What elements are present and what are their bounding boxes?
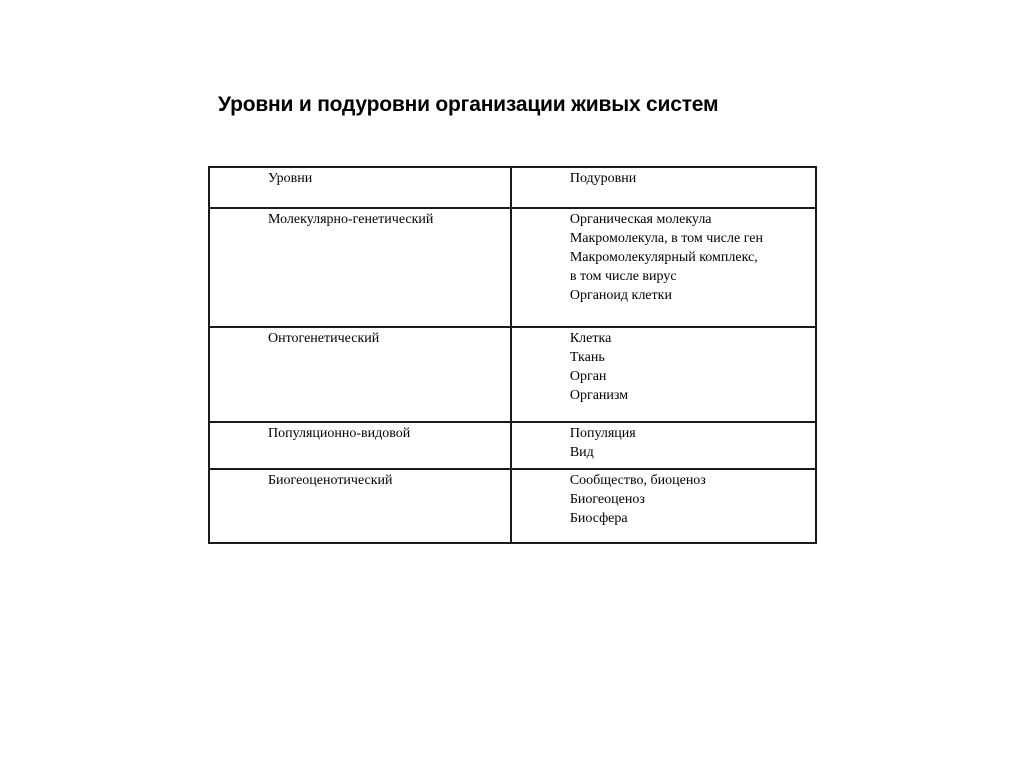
sublevel-item: Биогеоценоз — [570, 490, 815, 509]
levels-table: Уровни Подуровни Молекулярно-генетически… — [208, 166, 817, 544]
sublevels-cell: Популяция Вид — [511, 422, 816, 469]
level-name: Онтогенетический — [210, 328, 510, 348]
level-name: Популяционно-видовой — [210, 423, 510, 443]
level-name: Молекулярно-генетический — [210, 209, 510, 229]
page-title: Уровни и подуровни организации живых сис… — [218, 93, 718, 117]
sublevel-item: Клетка — [570, 329, 815, 348]
level-cell: Молекулярно-генетический — [209, 208, 511, 327]
header-label: Подуровни — [512, 168, 815, 188]
header-cell-sublevels: Подуровни — [511, 167, 816, 208]
level-cell: Биогеоценотический — [209, 469, 511, 543]
table-header-row: Уровни Подуровни — [209, 167, 816, 208]
sublevels-cell: Органическая молекула Макромолекула, в т… — [511, 208, 816, 327]
sublevel-item: Орган — [570, 367, 815, 386]
table-row: Молекулярно-генетический Органическая мо… — [209, 208, 816, 327]
sublevel-item: в том числе вирус — [570, 267, 815, 286]
sublevel-item: Вид — [570, 443, 815, 462]
level-cell: Популяционно-видовой — [209, 422, 511, 469]
sublevel-item: Сообщество, биоценоз — [570, 471, 815, 490]
header-label: Уровни — [210, 168, 510, 188]
sublevel-item: Организм — [570, 386, 815, 405]
sublevel-item: Макромолекула, в том числе ген — [570, 229, 815, 248]
sublevel-item: Ткань — [570, 348, 815, 367]
level-cell: Онтогенетический — [209, 327, 511, 422]
sublevel-item: Популяция — [570, 424, 815, 443]
sublevel-item: Макромолекулярный комплекс, — [570, 248, 815, 267]
table-row: Онтогенетический Клетка Ткань Орган Орга… — [209, 327, 816, 422]
sublevel-item: Органоид клетки — [570, 286, 815, 305]
table-row: Популяционно-видовой Популяция Вид — [209, 422, 816, 469]
sublevel-item: Биосфера — [570, 509, 815, 528]
header-cell-levels: Уровни — [209, 167, 511, 208]
level-name: Биогеоценотический — [210, 470, 510, 490]
sublevel-item: Органическая молекула — [570, 210, 815, 229]
sublevels-cell: Клетка Ткань Орган Организм — [511, 327, 816, 422]
sublevels-cell: Сообщество, биоценоз Биогеоценоз Биосфер… — [511, 469, 816, 543]
table-row: Биогеоценотический Сообщество, биоценоз … — [209, 469, 816, 543]
